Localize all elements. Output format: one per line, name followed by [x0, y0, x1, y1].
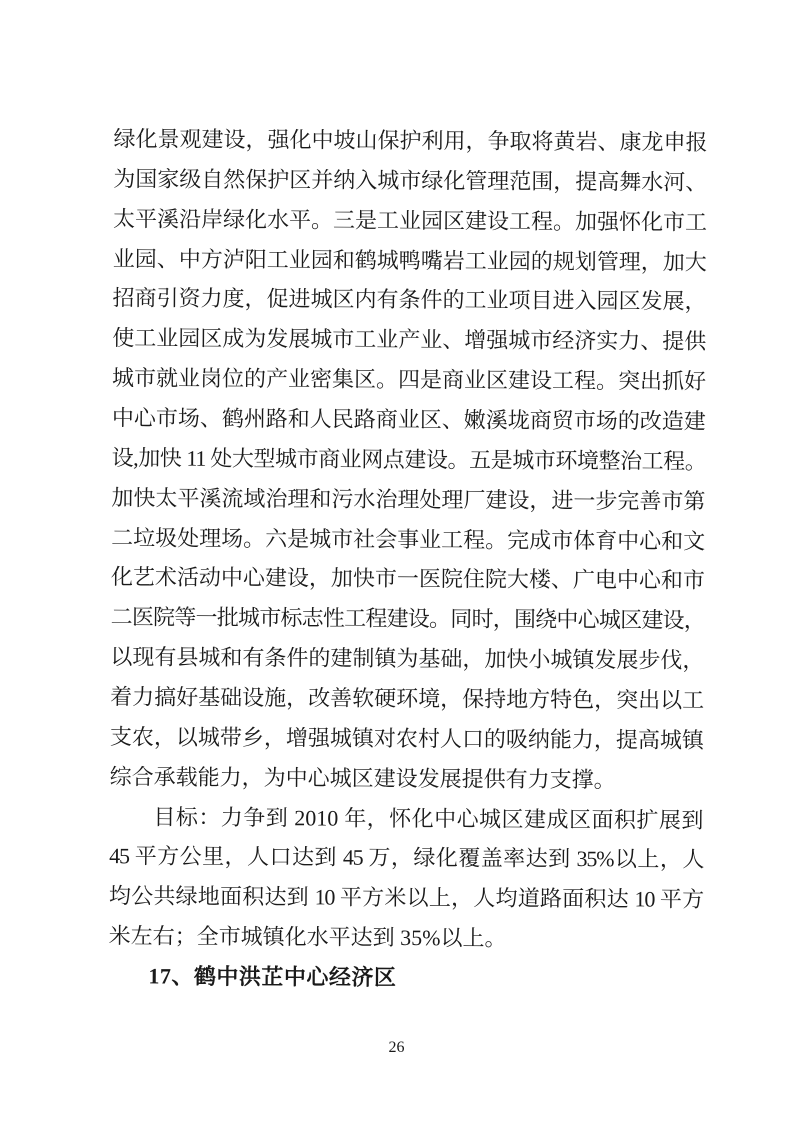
text-line: 业园、中方泸阳工业园和鹤城鸭嘴岩工业园的规划管理，加大 — [113, 239, 707, 282]
text-line: 目标：力争到 2010 年，怀化中心城区建成区面积扩展到 — [109, 797, 703, 840]
page-number: 26 — [0, 1039, 793, 1057]
document-page: 绿化景观建设，强化中坡山保护利用，争取将黄岩、康龙申报 为国家级自然保护区并纳入… — [0, 0, 793, 1122]
text-line: 米左右；全市城镇化水平达到 35%以上。 — [109, 916, 703, 959]
section-heading: 17、鹤中洪芷中心经济区 — [108, 956, 702, 999]
text-line: 二医院等一批城市标志性工程建设。同时，围绕中心城区建设， — [111, 597, 705, 640]
text-line: 综合承载能力，为中心城区建设发展提供有力支撑。 — [110, 757, 704, 800]
text-line: 太平溪沿岸绿化水平。三是工业园区建设工程。加强怀化市工 — [113, 199, 707, 242]
text-line: 中心市场、鹤州路和人民路商业区、嫩溪垅商贸市场的改造建 — [112, 398, 706, 441]
text-line: 城市就业岗位的产业密集区。四是商业区建设工程。突出抓好 — [112, 358, 706, 401]
text-line: 绿化景观建设，强化中坡山保护利用，争取将黄岩、康龙申报 — [113, 119, 707, 162]
text-line: 支农，以城带乡，增强城镇对农村人口的吸纳能力，提高城镇 — [110, 717, 704, 760]
text-line: 设,加快 11 处大型城市商业网点建设。五是城市环境整治工程。 — [111, 438, 705, 481]
text-line: 二垃圾处理场。六是城市社会事业工程。完成市体育中心和文 — [111, 518, 705, 561]
text-line: 着力搞好基础设施，改善软硬环境，保持地方特色，突出以工 — [110, 677, 704, 720]
page-text-block: 绿化景观建设，强化中坡山保护利用，争取将黄岩、康龙申报 为国家级自然保护区并纳入… — [108, 119, 707, 1000]
text-line: 以现有县城和有条件的建制镇为基础，加快小城镇发展步伐， — [110, 637, 704, 680]
text-line: 为国家级自然保护区并纳入城市绿化管理范围，提高舞水河、 — [113, 159, 707, 202]
text-line: 加快太平溪流域治理和污水治理处理厂建设，进一步完善市第 — [111, 478, 705, 521]
text-line: 45 平方公里，人口达到 45 万，绿化覆盖率达到 35%以上，人 — [109, 837, 703, 880]
text-line: 化艺术活动中心建设，加快市一医院住院大楼、广电中心和市 — [111, 558, 705, 601]
text-line: 均公共绿地面积达到 10 平方米以上，人均道路面积达 10 平方 — [109, 877, 703, 920]
text-line: 招商引资力度，促进城区内有条件的工业项目进入园区发展， — [112, 279, 706, 322]
text-line: 使工业园区成为发展城市工业产业、增强城市经济实力、提供 — [112, 318, 706, 361]
